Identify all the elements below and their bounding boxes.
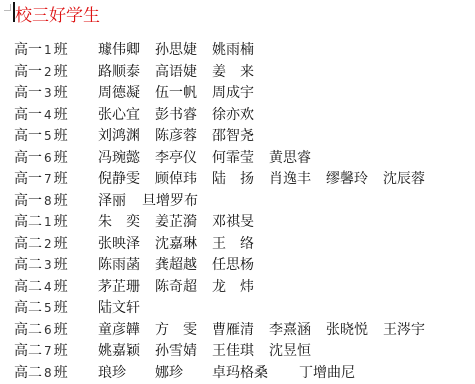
student-name: 璩伟卿 bbox=[98, 40, 155, 62]
class-label: 高一5班 bbox=[14, 126, 98, 148]
student-name: 倪静雯 bbox=[98, 169, 155, 191]
student-name: 邓祺旻 bbox=[212, 212, 269, 234]
student-name: 彭书睿 bbox=[155, 105, 212, 127]
student-name: 茅芷珊 bbox=[98, 277, 155, 299]
student-name: 陈雨菡 bbox=[98, 255, 155, 277]
student-name: 姚嘉颖 bbox=[98, 341, 155, 363]
class-row[interactable]: 高一5班刘鸿渊陈彦蓉邵智尧 bbox=[14, 126, 440, 148]
student-name: 孙思婕 bbox=[155, 40, 212, 62]
student-name: 任思杨 bbox=[212, 255, 269, 277]
class-row[interactable]: 高一7班倪静雯顾倬玮陆 扬肖逸丰缪馨玲沈辰蓉 bbox=[14, 169, 440, 191]
student-name: 沈辰蓉 bbox=[383, 169, 440, 191]
class-label: 高二4班 bbox=[14, 277, 98, 299]
student-name: 沈嘉琳 bbox=[155, 234, 212, 256]
class-label: 高一8班 bbox=[14, 191, 98, 213]
student-name: 沈昱恒 bbox=[269, 341, 326, 363]
class-label: 高一4班 bbox=[14, 105, 98, 127]
student-name: 周成宇 bbox=[212, 83, 269, 105]
class-row[interactable]: 高二6班童彦韡方 雯曹雁清李熹涵张晓悦王涔宇 bbox=[14, 320, 440, 342]
student-name: 路顺泰 bbox=[98, 62, 155, 84]
class-label: 高二7班 bbox=[14, 341, 98, 363]
student-name: 姜 来 bbox=[212, 62, 269, 84]
class-row[interactable]: 高二4班茅芷珊陈奇超龙 炜 bbox=[14, 277, 440, 299]
student-name: 丁增曲尼 bbox=[299, 363, 369, 384]
student-name: 陈奇超 bbox=[155, 277, 212, 299]
student-name: 伍一帆 bbox=[155, 83, 212, 105]
class-row[interactable]: 高一4班张心宜彭书睿徐亦欢 bbox=[14, 105, 440, 127]
class-row[interactable]: 高一1班璩伟卿孙思婕姚雨楠 bbox=[14, 40, 440, 62]
class-row[interactable]: 高二2班张映泽沈嘉琳王 络 bbox=[14, 234, 440, 256]
class-label: 高一3班 bbox=[14, 83, 98, 105]
student-name: 泽丽 bbox=[98, 191, 142, 213]
student-name: 缪馨玲 bbox=[326, 169, 383, 191]
student-name: 龙 炜 bbox=[212, 277, 269, 299]
class-row[interactable]: 高二8班琅珍娜珍卓玛格桑丁增曲尼 bbox=[14, 363, 440, 384]
class-row[interactable]: 高二3班陈雨菡龚超越任思杨 bbox=[14, 255, 440, 277]
student-name: 陈彦蓉 bbox=[155, 126, 212, 148]
student-name: 何霏莹 bbox=[212, 148, 269, 170]
student-name: 李熹涵 bbox=[269, 320, 326, 342]
student-name: 刘鸿渊 bbox=[98, 126, 155, 148]
class-row[interactable]: 高一2班路顺泰高语婕姜 来 bbox=[14, 62, 440, 84]
class-label: 高一1班 bbox=[14, 40, 98, 62]
page-corner-marker bbox=[4, 4, 11, 11]
class-label: 高二3班 bbox=[14, 255, 98, 277]
student-name: 徐亦欢 bbox=[212, 105, 269, 127]
class-row[interactable]: 高一8班泽丽旦增罗布 bbox=[14, 191, 440, 213]
class-label: 高二5班 bbox=[14, 298, 98, 320]
student-name: 童彦韡 bbox=[98, 320, 155, 342]
student-name: 陆文轩 bbox=[98, 298, 155, 320]
class-label: 高二1班 bbox=[14, 212, 98, 234]
student-name: 张映泽 bbox=[98, 234, 155, 256]
student-name: 王涔宇 bbox=[383, 320, 440, 342]
student-name: 黄思睿 bbox=[269, 148, 326, 170]
class-label: 高一7班 bbox=[14, 169, 98, 191]
student-name: 曹雁清 bbox=[212, 320, 269, 342]
student-name: 陆 扬 bbox=[212, 169, 269, 191]
class-row[interactable]: 高一3班周德凝伍一帆周成宇 bbox=[14, 83, 440, 105]
student-name: 顾倬玮 bbox=[155, 169, 212, 191]
student-name: 周德凝 bbox=[98, 83, 155, 105]
student-name: 姜芷漪 bbox=[155, 212, 212, 234]
class-row[interactable]: 高二7班姚嘉颖孙雪婧王佳琪沈昱恒 bbox=[14, 341, 440, 363]
class-label: 高一6班 bbox=[14, 148, 98, 170]
class-row[interactable]: 高一6班冯琬懿李亭仪何霏莹黄思睿 bbox=[14, 148, 440, 170]
document-title: 校三好学生 bbox=[15, 1, 100, 26]
class-row[interactable]: 高二1班朱 奕姜芷漪邓祺旻 bbox=[14, 212, 440, 234]
student-name: 琅珍 bbox=[98, 363, 155, 384]
student-name: 张晓悦 bbox=[326, 320, 383, 342]
student-name: 张心宜 bbox=[98, 105, 155, 127]
student-name: 肖逸丰 bbox=[269, 169, 326, 191]
student-name: 孙雪婧 bbox=[155, 341, 212, 363]
class-label: 高二2班 bbox=[14, 234, 98, 256]
student-name: 龚超越 bbox=[155, 255, 212, 277]
student-name: 旦增罗布 bbox=[142, 191, 212, 213]
student-name: 邵智尧 bbox=[212, 126, 269, 148]
student-name: 李亭仪 bbox=[155, 148, 212, 170]
class-list: 高一1班璩伟卿孙思婕姚雨楠高一2班路顺泰高语婕姜 来高一3班周德凝伍一帆周成宇高… bbox=[14, 40, 440, 384]
student-name: 朱 奕 bbox=[98, 212, 155, 234]
class-row[interactable]: 高二5班陆文轩 bbox=[14, 298, 440, 320]
class-label: 高二6班 bbox=[14, 320, 98, 342]
student-name: 王 络 bbox=[212, 234, 269, 256]
student-name: 卓玛格桑 bbox=[212, 363, 299, 384]
student-name: 姚雨楠 bbox=[212, 40, 269, 62]
class-label: 高一2班 bbox=[14, 62, 98, 84]
student-name: 高语婕 bbox=[155, 62, 212, 84]
student-name: 方 雯 bbox=[155, 320, 212, 342]
student-name: 冯琬懿 bbox=[98, 148, 155, 170]
class-label: 高二8班 bbox=[14, 363, 98, 384]
student-name: 王佳琪 bbox=[212, 341, 269, 363]
student-name: 娜珍 bbox=[155, 363, 212, 384]
